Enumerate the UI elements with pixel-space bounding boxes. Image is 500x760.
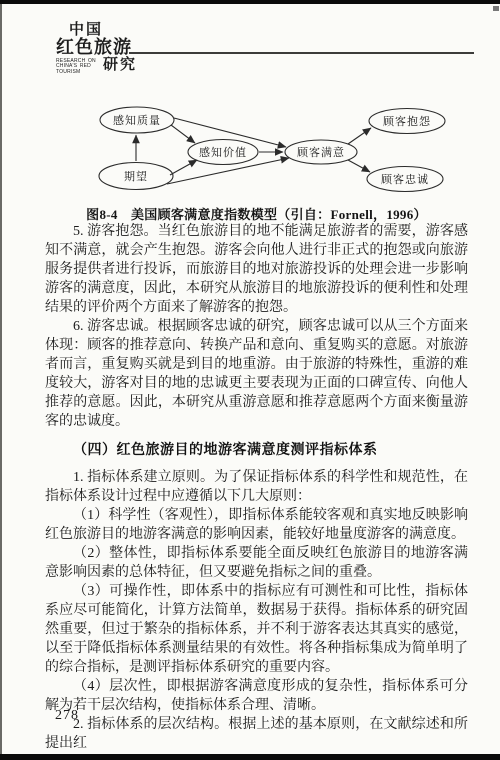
- edge-quality-value: [171, 125, 195, 143]
- node-customer-satisfaction: 顾客满意: [285, 140, 357, 164]
- book-page: 中国 红色旅游 RESEARCH ON CHINA'S RED TOURISM …: [0, 0, 500, 760]
- page-number: 278: [55, 708, 79, 724]
- list-item-operability: （3）可操作性，即体系中的指标应有可测性和可比性，指标体系应尽可能简化，计算方法…: [45, 582, 468, 677]
- paragraph-index-principles: 1. 指标体系建立原则。为了保证指标体系的科学性和规范性，在指标体系设计过程中应…: [45, 468, 468, 506]
- node-label-perceived-quality: 感知质量: [113, 113, 161, 127]
- list-item-hierarchy: （4）层次性，即根据游客满意度形成的复杂性，指标体系可分解为若干层次结构，使指标…: [45, 677, 468, 715]
- node-label-perceived-value: 感知价值: [199, 145, 247, 159]
- node-label-customer-satisfaction: 顾客满意: [297, 145, 345, 159]
- paragraph-tourist-complaints: 5. 游客抱怨。当红色旅游目的地不能满足旅游者的需要，游客感知不满意，就会产生抱…: [45, 222, 468, 317]
- body-text-column: 5. 游客抱怨。当红色旅游目的地不能满足旅游者的需要，游客感知不满意，就会产生抱…: [45, 222, 468, 753]
- list-item-integrity: （2）整体性，即指标体系要能全面反映红色旅游目的地游客满意影响因素的总体特征，但…: [45, 544, 468, 582]
- node-label-customer-complaints: 顾客抱怨: [383, 114, 431, 128]
- logo-line-research: 研究: [103, 57, 137, 73]
- edge-expectation-value: [170, 160, 197, 175]
- paragraph-tourist-loyalty: 6. 游客忠诚。根据顾客忠诚的研究，顾客忠诚可以从三个方面来体现：顾客的推荐意向…: [45, 317, 468, 431]
- scan-edge-top: [0, 0, 500, 4]
- scan-corner-mark: [493, 6, 499, 11]
- header-rule-line: [129, 52, 474, 54]
- node-customer-loyalty: 顾客忠诚: [367, 167, 443, 192]
- edge-satisfaction-complaints: [348, 128, 371, 144]
- edge-quality-satisfaction: [174, 118, 286, 147]
- edge-satisfaction-loyalty: [348, 160, 370, 172]
- node-customer-complaints: 顾客抱怨: [369, 109, 445, 134]
- acsi-model-diagram: 感知质量 期望 感知价值 顾客满意 顾客抱怨 顾客忠诚: [0, 94, 500, 206]
- node-perceived-quality: 感知质量: [100, 107, 174, 133]
- section-heading: （四）红色旅游目的地游客满意度测评指标体系: [45, 441, 468, 460]
- paragraph-hierarchy-structure: 2. 指标体系的层次结构。根据上述的基本原则，在文献综述和所提出红: [45, 715, 468, 753]
- node-perceived-value: 感知价值: [188, 140, 258, 165]
- logo-line-china: 中国: [69, 22, 137, 38]
- scan-edge-bottom: [0, 754, 500, 760]
- logo-english-subtitle: RESEARCH ON CHINA'S RED TOURISM: [56, 59, 100, 76]
- node-label-expectation: 期望: [124, 169, 148, 183]
- edge-expectation-satisfaction: [167, 158, 289, 184]
- node-label-customer-loyalty: 顾客忠诚: [381, 172, 429, 186]
- node-expectation: 期望: [99, 163, 173, 190]
- list-item-scientific: （1）科学性（客观性），即指标体系能较客观和真实地反映影响红色旅游目的地游客满意…: [45, 506, 468, 544]
- figure-caption: 图8-4 美国顾客满意度指数模型（引自：Fornell，1996）: [45, 204, 468, 223]
- logo-line-red-tourism: 红色旅游: [56, 38, 137, 57]
- book-logo: 中国 红色旅游 RESEARCH ON CHINA'S RED TOURISM …: [56, 22, 137, 76]
